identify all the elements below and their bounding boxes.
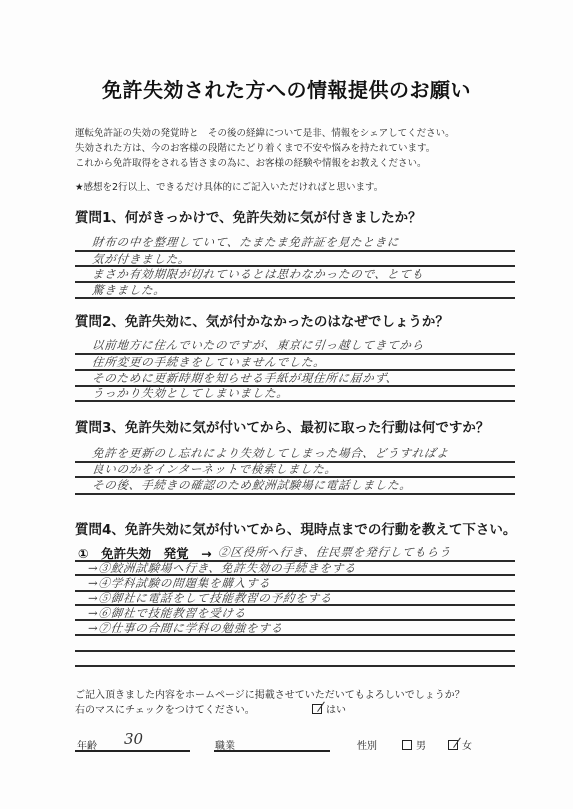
question-1-heading: 質問1、何がきっかけで、免許失効に気が付きましたか？ bbox=[75, 206, 422, 226]
answer-rule bbox=[75, 650, 515, 652]
question-4-answer-line: →④学科試験の問題集を購入する bbox=[87, 575, 271, 591]
age-underline bbox=[75, 750, 190, 752]
page-title: 免許失効された方への情報提供のお願い bbox=[0, 74, 573, 103]
intro-line-2: 失効された方は、今のお客様の段階にたどり着くまで不安や悩みを持たれています。 bbox=[75, 141, 435, 156]
answer-rule bbox=[75, 493, 515, 495]
intro-line-3: これから免許取得をされる皆さまの為に、お客様の経験や情報をお教えください。 bbox=[75, 156, 427, 171]
answer-rule bbox=[75, 634, 515, 636]
question-2-answer-line: 以前地方に住んでいたのですが、東京に引っ越してきてから bbox=[91, 337, 425, 353]
question-1-answer-line: まさか有効期限が切れているとは思わなかったので、とても bbox=[91, 266, 425, 282]
question-3-answer-line: 免許を更新のし忘れにより失効してしまった場合、どうすればよ bbox=[91, 445, 449, 461]
age-value[interactable]: 30 bbox=[124, 730, 143, 748]
consent-instruction: 右のマスにチェックをつけてください。 bbox=[75, 701, 255, 716]
occupation-underline bbox=[214, 750, 330, 752]
question-2-answer-line: 住所変更の手続きをしていませんでした。 bbox=[91, 354, 326, 370]
intro-line-1: 運転免許証の失効の発覚時と その後の経緯について是非、情報をシェアしてください。 bbox=[75, 126, 455, 141]
question-2-heading: 質問2、免許失効に、気が付かなかったのはなぜでしょうか？ bbox=[75, 310, 449, 330]
question-3-heading: 質問3、免許失効に気が付いてから、最初に取った行動は何ですか？ bbox=[75, 416, 489, 436]
consent-yes-checkbox[interactable] bbox=[312, 704, 322, 714]
instruction-note: ★感想を2行以上、できるだけ具体的にご記入いただければと思います。 bbox=[75, 180, 383, 195]
consent-yes-option[interactable]: はい bbox=[312, 701, 346, 716]
check-mark-icon bbox=[312, 698, 325, 712]
gender-male-option[interactable]: 男 bbox=[402, 737, 426, 752]
gender-female-checkbox[interactable] bbox=[448, 740, 458, 750]
gender-male-label: 男 bbox=[416, 741, 426, 752]
question-2-answer-line: うっかり失効としてしまいました。 bbox=[91, 385, 289, 401]
answer-rule bbox=[75, 400, 515, 402]
consent-question: ご記入頂きました内容をホームページに掲載させていただいてもよろしいでしょうか？ bbox=[75, 686, 465, 701]
question-4-answer-line: ②区役所へ行き、住民票を発行してもらう bbox=[217, 544, 452, 560]
gender-male-checkbox[interactable] bbox=[402, 740, 412, 750]
question-3-answer-line: その後、手続きの確認のため鮫洲試験場に電話しました。 bbox=[91, 477, 412, 493]
question-1-answer-line: 財布の中を整理していて、たまたま免許証を見たときに bbox=[91, 234, 400, 250]
gender-female-label: 女 bbox=[462, 741, 472, 752]
gender-female-option[interactable]: 女 bbox=[448, 737, 472, 752]
question-2-answer-line: そのために更新時期を知らせる手紙が現住所に届かず、 bbox=[91, 370, 399, 386]
question-3-answer-line: 良いのかをインターネットで検索しました。 bbox=[91, 461, 338, 477]
answer-rule bbox=[75, 297, 515, 299]
check-mark-icon bbox=[448, 734, 461, 748]
consent-yes-label: はい bbox=[326, 705, 346, 716]
question-1-answer-line: 驚きました。 bbox=[91, 282, 166, 298]
question-4-heading: 質問4、免許失効に気が付いてから、現時点までの行動を教えて下さい。 bbox=[75, 518, 516, 538]
answer-rule bbox=[75, 665, 515, 667]
gender-label: 性別 bbox=[357, 737, 377, 752]
